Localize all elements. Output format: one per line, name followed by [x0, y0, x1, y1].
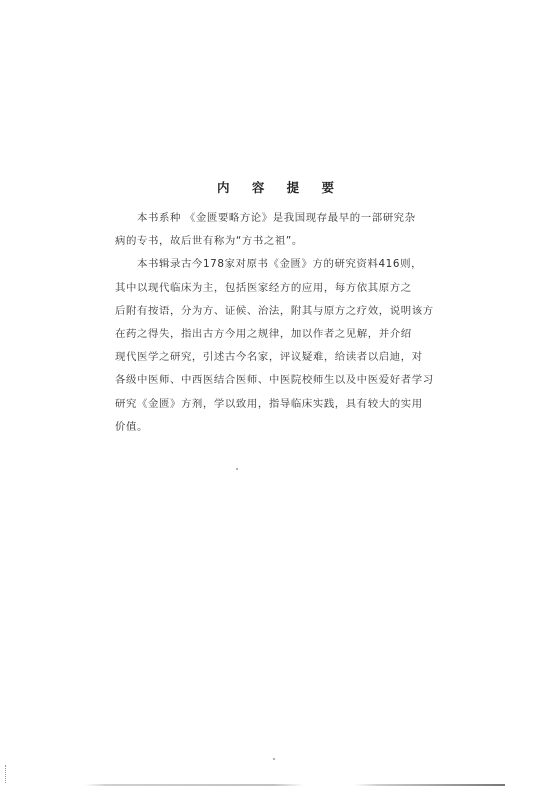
- page-title: 内 容 提 要: [200, 178, 360, 196]
- scan-margin-mark: [5, 765, 10, 783]
- scan-speck: [273, 758, 275, 760]
- summary-body: 本书系种 《金匮要略方论》是我国现存最早的一部研究杂 病的专书，故后世有称为“方…: [115, 207, 445, 439]
- scanned-page: 内 容 提 要 本书系种 《金匮要略方论》是我国现存最早的一部研究杂 病的专书，…: [0, 0, 554, 800]
- paragraph-2-line-5: 现代医学之研究，引述古今名家，评议疑难，给读者以启迪，对: [115, 346, 445, 369]
- paragraph-1-line-1: 本书系种 《金匮要略方论》是我国现存最早的一部研究杂: [115, 207, 445, 230]
- scan-bottom-edge: [85, 784, 505, 786]
- paragraph-2-line-4: 在药之得失，指出古方今用之规律，加以作者之见解，并介绍: [115, 323, 445, 346]
- paragraph-2-line-7: 研究《金匮》方剂，学以致用，指导临床实践，具有较大的实用: [115, 393, 445, 416]
- paragraph-2-line-3: 后附有按语，分为方、证候、治法，附其与原方之疗效，说明该方: [115, 300, 445, 323]
- paragraph-2-line-8: 价值。: [115, 416, 445, 439]
- paragraph-2-line-2: 其中以现代临床为主，包括医家经方的应用，每方依其原方之: [115, 277, 445, 300]
- paragraph-1-line-2: 病的专书，故后世有称为“方书之祖”。: [115, 230, 445, 253]
- paragraph-2-line-1: 本书辑录古今178家对原书《金匮》方的研究资料416则，: [115, 253, 445, 276]
- paragraph-2-line-6: 各级中医师、中西医结合医师、中医院校师生以及中医爱好者学习: [115, 369, 445, 392]
- scan-speck: [236, 468, 238, 470]
